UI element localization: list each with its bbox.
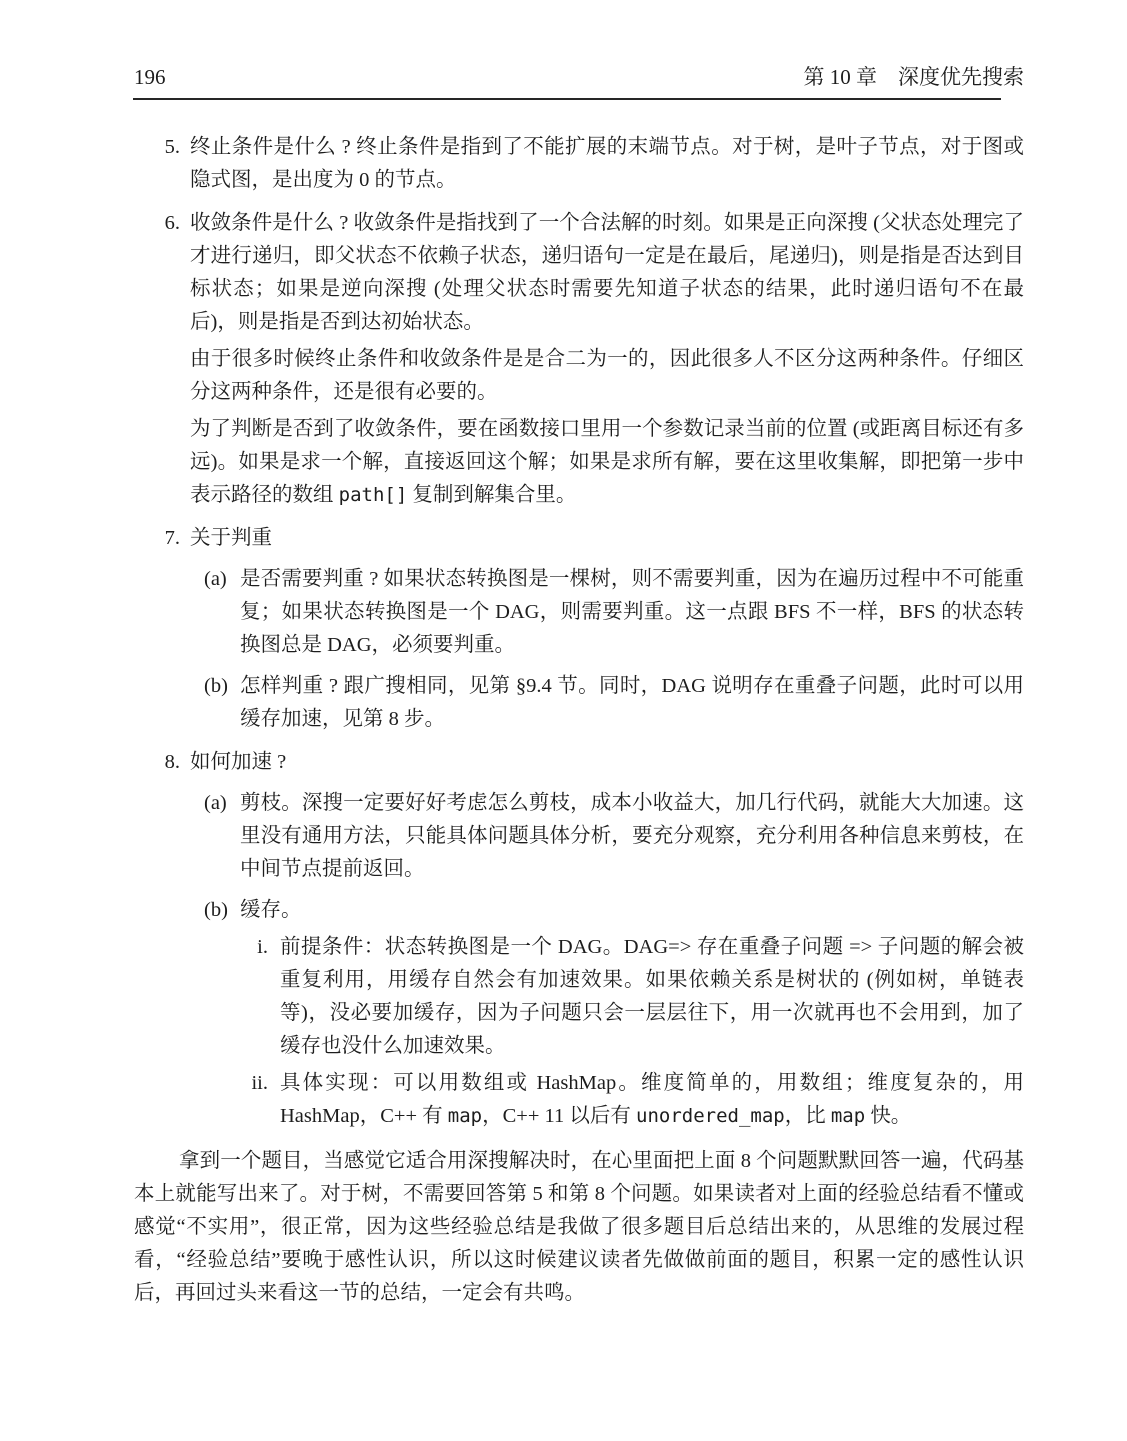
item-roman: i. (228, 931, 268, 964)
book-page: 196 第 10 章深度优先搜索 5. 终止条件是什么 ? 终止条件是指到了不能… (0, 0, 1127, 1441)
inline-code: unordered_map (636, 1105, 785, 1127)
list-item-8b: (b) 缓存。 (134, 894, 1024, 927)
paragraph: 终止条件是什么 ? 终止条件是指到了不能扩展的末端节点。对于树，是叶子节点，对于… (190, 131, 1024, 197)
item-number: 5. (152, 131, 180, 164)
item-letter: (b) (204, 670, 236, 703)
list-item-8b-ii: ii. 具体实现：可以用数组或 HashMap。维度简单的，用数组；维度复杂的，… (134, 1067, 1024, 1133)
list-item-7b: (b) 怎样判重 ? 跟广搜相同，见第 §9.4 节。同时，DAG 说明存在重叠… (134, 670, 1024, 736)
paragraph: 前提条件：状态转换图是一个 DAG。DAG=> 存在重叠子问题 => 子问题的解… (280, 931, 1024, 1063)
item-title: 如何加速 ? (190, 746, 1024, 779)
paragraph: 收敛条件是什么 ? 收敛条件是指找到了一个合法解的时刻。如果是正向深搜 (父状态… (190, 207, 1024, 339)
text-run: ，比 (785, 1105, 831, 1127)
item-letter: (b) (204, 894, 236, 927)
page-content: 5. 终止条件是什么 ? 终止条件是指到了不能扩展的末端节点。对于树，是叶子节点… (134, 131, 1024, 1310)
item-letter: (a) (204, 563, 236, 596)
text-run: ，C++ 11 以后有 (482, 1105, 636, 1127)
list-item-8b-i: i. 前提条件：状态转换图是一个 DAG。DAG=> 存在重叠子问题 => 子问… (134, 931, 1024, 1063)
list-item-8a: (a) 剪枝。深搜一定要好好考虑怎么剪枝，成本小收益大，加几行代码，就能大大加速… (134, 787, 1024, 886)
header-rule (133, 98, 1001, 100)
item-letter: (a) (204, 787, 236, 820)
page-header: 196 第 10 章深度优先搜索 (134, 64, 1024, 90)
list-item-7a: (a) 是否需要判重 ? 如果状态转换图是一棵树，则不需要判重，因为在遍历过程中… (134, 563, 1024, 662)
text-run: 复制到解集合里。 (407, 484, 576, 506)
inline-code: map (448, 1105, 482, 1127)
paragraph: 是否需要判重 ? 如果状态转换图是一棵树，则不需要判重，因为在遍历过程中不可能重… (240, 563, 1024, 662)
list-item-5: 5. 终止条件是什么 ? 终止条件是指到了不能扩展的末端节点。对于树，是叶子节点… (134, 131, 1024, 197)
paragraph: 剪枝。深搜一定要好好考虑怎么剪枝，成本小收益大，加几行代码，就能大大加速。这里没… (240, 787, 1024, 886)
running-head: 第 10 章深度优先搜索 (804, 64, 1025, 90)
page-number: 196 (134, 64, 166, 90)
item-number: 7. (152, 522, 180, 555)
item-title: 关于判重 (190, 522, 1024, 555)
list-item-6: 6. 收敛条件是什么 ? 收敛条件是指找到了一个合法解的时刻。如果是正向深搜 (… (134, 207, 1024, 512)
text-run: 快。 (865, 1105, 911, 1127)
closing-paragraph: 拿到一个题目，当感觉它适合用深搜解决时，在心里面把上面 8 个问题默默回答一遍，… (134, 1145, 1024, 1310)
list-item-7: 7. 关于判重 (134, 522, 1024, 555)
paragraph: 怎样判重 ? 跟广搜相同，见第 §9.4 节。同时，DAG 说明存在重叠子问题，… (240, 670, 1024, 736)
item-number: 6. (152, 207, 180, 240)
chapter-title: 深度优先搜索 (898, 65, 1024, 89)
item-number: 8. (152, 746, 180, 779)
paragraph: 由于很多时候终止条件和收敛条件是是合二为一的，因此很多人不区分这两种条件。仔细区… (190, 343, 1024, 409)
chapter-label: 第 10 章 (804, 65, 878, 89)
inline-code: map (831, 1105, 865, 1127)
inline-code: path[] (339, 484, 408, 506)
text-run: 为了判断是否到了收敛条件，要在函数接口里用一个参数记录当前的位置 (或距离目标还… (190, 418, 1024, 506)
item-roman: ii. (228, 1067, 268, 1100)
paragraph: 为了判断是否到了收敛条件，要在函数接口里用一个参数记录当前的位置 (或距离目标还… (190, 413, 1024, 512)
paragraph: 缓存。 (240, 894, 1024, 927)
paragraph: 具体实现：可以用数组或 HashMap。维度简单的，用数组；维度复杂的，用 Ha… (280, 1067, 1024, 1133)
list-item-8: 8. 如何加速 ? (134, 746, 1024, 779)
